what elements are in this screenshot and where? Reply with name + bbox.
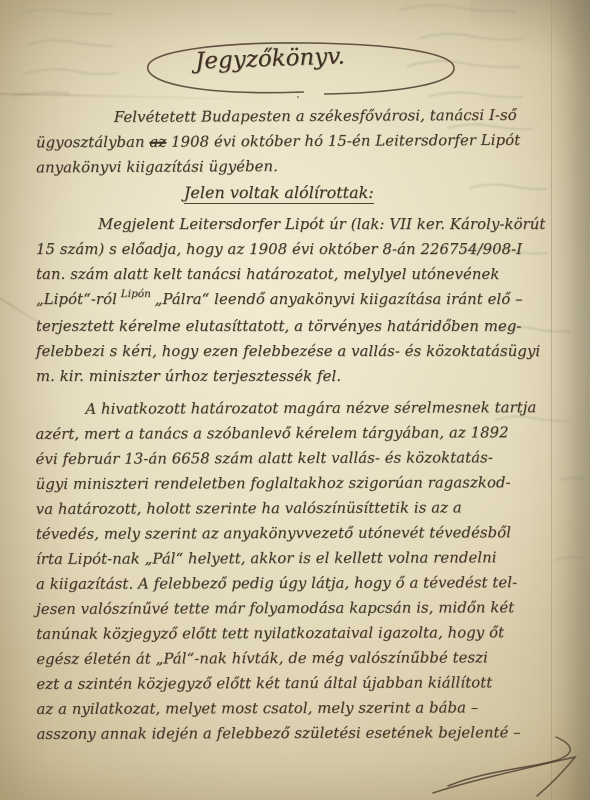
appearance-paragraph: Megjelent Leitersdorfer Lipót úr (lak: V… <box>36 212 544 389</box>
present-heading-row: Jelen voltak alólírottak: <box>184 183 544 204</box>
manuscript-line: tanúnak közjegyző előtt tett nyilatkozat… <box>36 620 544 647</box>
line-text: „Lipót“-ról <box>36 291 122 308</box>
manuscript-line: az a nyilatkozat, melyet most csatol, me… <box>36 695 544 722</box>
page-fold-line <box>551 0 552 800</box>
struck-word: az <box>149 134 166 151</box>
manuscript-line: évi február 13-án 6658 szám alatt kelt v… <box>36 445 544 472</box>
manuscript-line: felebbezi s kéri, hogy ezen felebbezése … <box>36 339 544 364</box>
manuscript-line: jesen valószínűvé tette már folyamodása … <box>36 595 544 622</box>
manuscript-content: Jegyzőkönyv. Felvétetett Budapesten a sz… <box>36 26 544 746</box>
line-text: ügyosztályban <box>36 134 150 152</box>
manuscript-line: ügyi miniszteri rendeletben foglaltakhoz… <box>36 470 544 497</box>
corner-shadow <box>470 0 590 70</box>
manuscript-line: a kiigazítást. A felebbező pedig úgy lát… <box>36 570 544 597</box>
manuscript-line: Felvétetett Budapesten a székesfővárosi,… <box>36 103 544 131</box>
manuscript-line: tan. szám alatt kelt tanácsi határozatot… <box>36 262 544 287</box>
manuscript-line: va határozott, holott szerinte ha valósz… <box>36 495 544 522</box>
manuscript-line: írta Lipót-nak „Pál“ helyett, akkor is e… <box>36 545 544 572</box>
manuscript-line: ezt a szintén közjegyző előtt két tanú á… <box>36 670 544 697</box>
inserted-correction: Lipón <box>121 282 151 307</box>
page-right-edge <box>550 0 590 800</box>
manuscript-line: A hivatkozott határozatot magára nézve s… <box>35 395 543 422</box>
section-heading: Jelen voltak alólírottak: <box>184 183 374 204</box>
manuscript-line: m. kir. miniszter úrhoz terjesztessék fe… <box>36 364 544 389</box>
manuscript-line: 15 szám) s előadja, hogy az 1908 évi okt… <box>36 237 544 262</box>
manuscript-line: „Lipót“-ról Lipón „Pálra“ leendő anyakön… <box>36 287 544 314</box>
manuscript-line: terjesztett kérelme elutasíttatott, a tö… <box>36 314 544 339</box>
manuscript-line: ügyosztályban az 1908 évi október hó 15-… <box>36 128 544 156</box>
manuscript-line: azért, mert a tanács a szóbanlevő kérele… <box>35 420 543 447</box>
opening-paragraph: Felvétetett Budapesten a székesfővárosi,… <box>36 103 544 181</box>
manuscript-line: Megjelent Leitersdorfer Lipót úr (lak: V… <box>36 212 544 237</box>
argument-paragraph: A hivatkozott határozatot magára nézve s… <box>35 395 544 747</box>
title-block: Jegyzőkönyv. <box>36 26 544 100</box>
line-text: „Pálra“ leendő anyakönyvi kiigazítása ir… <box>150 291 523 308</box>
manuscript-line: asszony annak idején a felebbező születé… <box>37 720 545 747</box>
line-text: 1908 évi október hó 15-én Leitersdorfer … <box>166 132 520 151</box>
manuscript-line: anyakönyvi kiigazítási ügyében. <box>36 153 544 181</box>
manuscript-line: egész életén át „Pál“-nak hívták, de még… <box>36 645 544 672</box>
manuscript-line: tévedés, mely szerint az anyakönyvvezető… <box>36 520 544 547</box>
manuscript-page: Jegyzőkönyv. Felvétetett Budapesten a sz… <box>0 0 590 800</box>
